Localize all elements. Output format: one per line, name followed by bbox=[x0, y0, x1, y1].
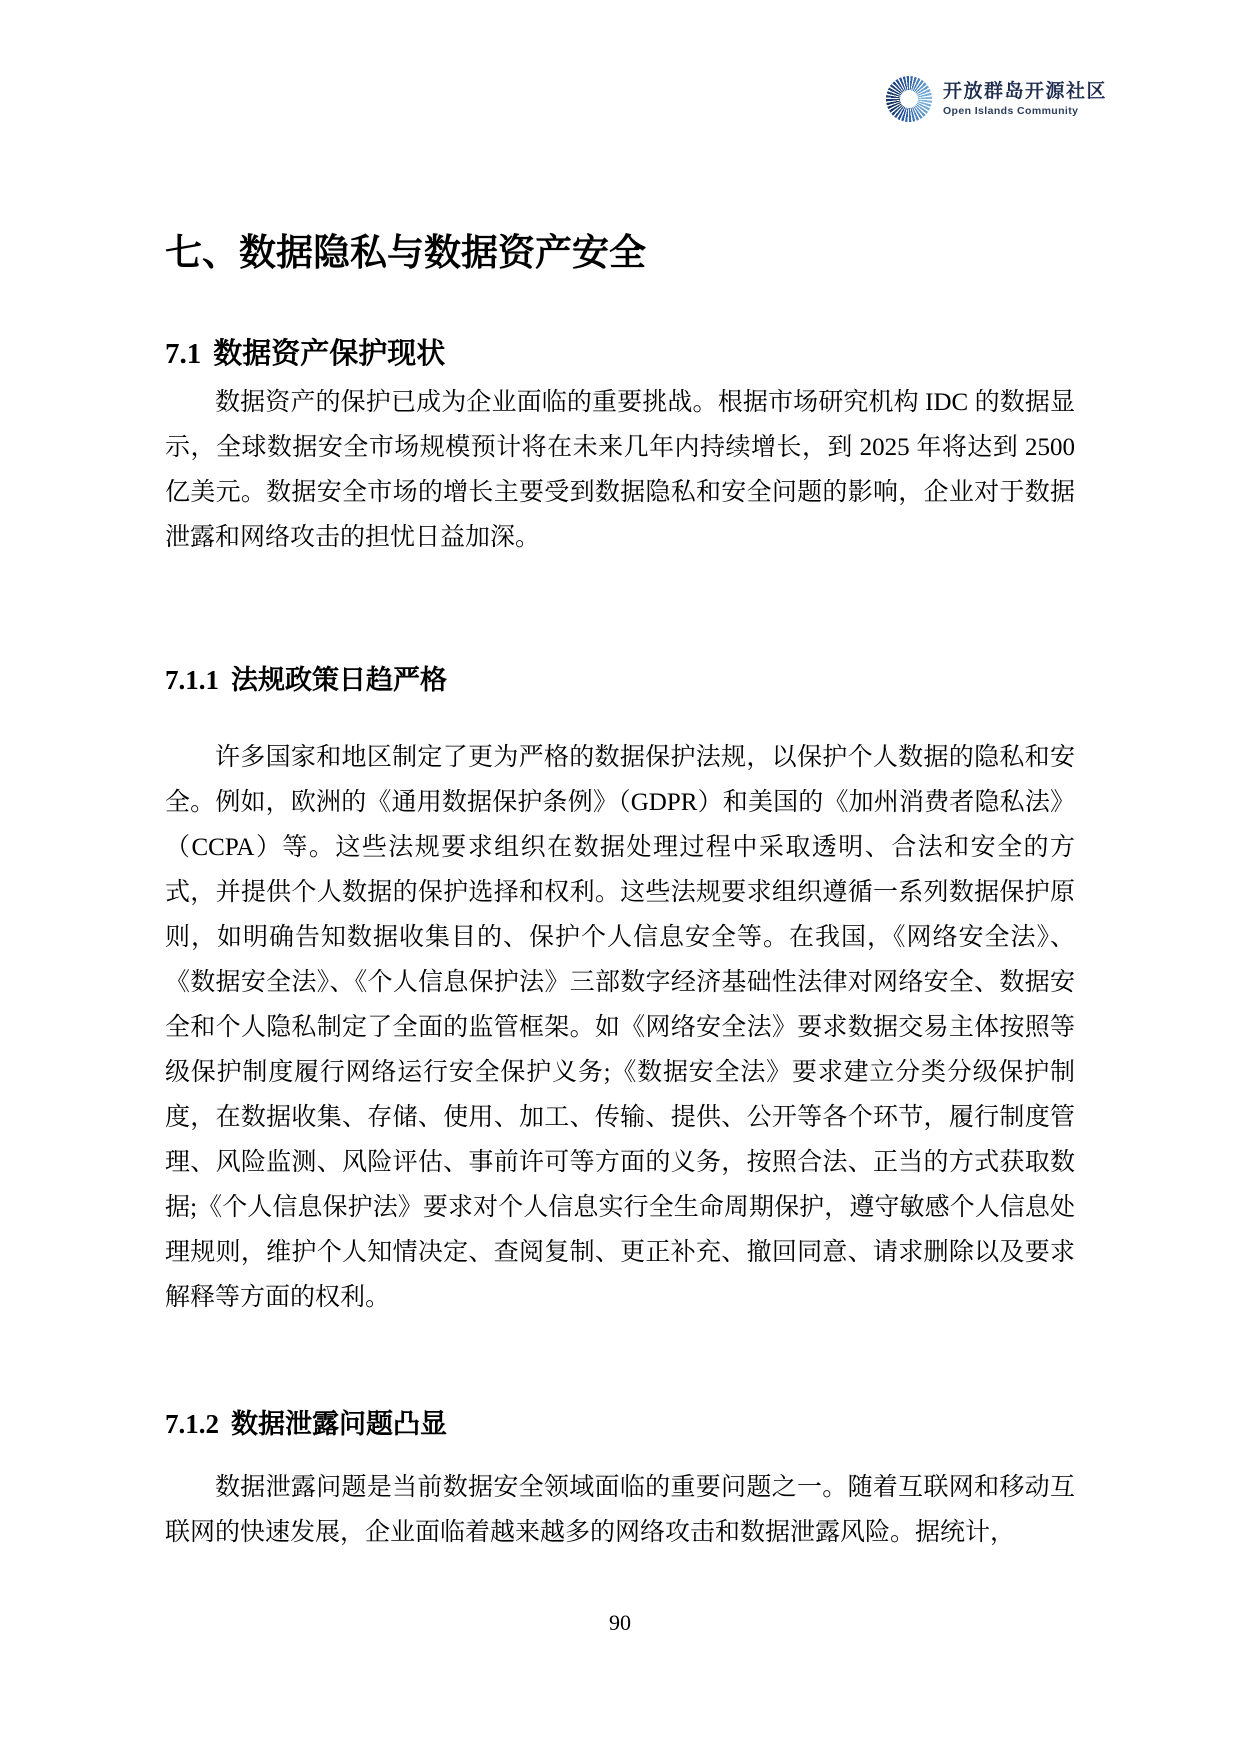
paragraph-regulations: 许多国家和地区制定了更为严格的数据保护法规，以保护个人数据的隐私和安全。例如，欧… bbox=[165, 735, 1075, 1320]
document-page: { "logo": { "name_zh": "开放群岛开源社区", "name… bbox=[0, 0, 1240, 1753]
section-title: 法规政策日趋严格 bbox=[231, 665, 447, 695]
logo: 开放群岛开源社区 Open Islands Community bbox=[886, 76, 1107, 122]
section-number: 7.1 bbox=[165, 338, 201, 370]
section-number: 7.1.1 bbox=[165, 665, 219, 695]
page-number: 90 bbox=[0, 1610, 1240, 1636]
sunburst-circle-icon bbox=[886, 76, 932, 122]
section-number: 7.1.2 bbox=[165, 1409, 219, 1439]
section-title: 数据资产保护现状 bbox=[213, 338, 445, 370]
paragraph-data-leak: 数据泄露问题是当前数据安全领域面临的重要问题之一。随着互联网和移动互联网的快速发… bbox=[165, 1465, 1075, 1555]
section-title: 数据泄露问题凸显 bbox=[231, 1409, 447, 1439]
logo-name-zh: 开放群岛开源社区 bbox=[943, 81, 1107, 103]
chapter-title: 七、数据隐私与数据资产安全 bbox=[165, 230, 1075, 276]
paragraph-data-asset-status: 数据资产的保护已成为企业面临的重要挑战。根据市场研究机构 IDC 的数据显示，全… bbox=[165, 380, 1075, 560]
section-7-1-heading: 7.1数据资产保护现状 bbox=[165, 331, 1075, 372]
section-7-1-1-heading: 7.1.1法规政策日趋严格 bbox=[165, 658, 1075, 697]
logo-text: 开放群岛开源社区 Open Islands Community bbox=[943, 81, 1107, 117]
section-7-1-2-heading: 7.1.2数据泄露问题凸显 bbox=[165, 1402, 1075, 1441]
logo-name-en: Open Islands Community bbox=[943, 105, 1107, 117]
